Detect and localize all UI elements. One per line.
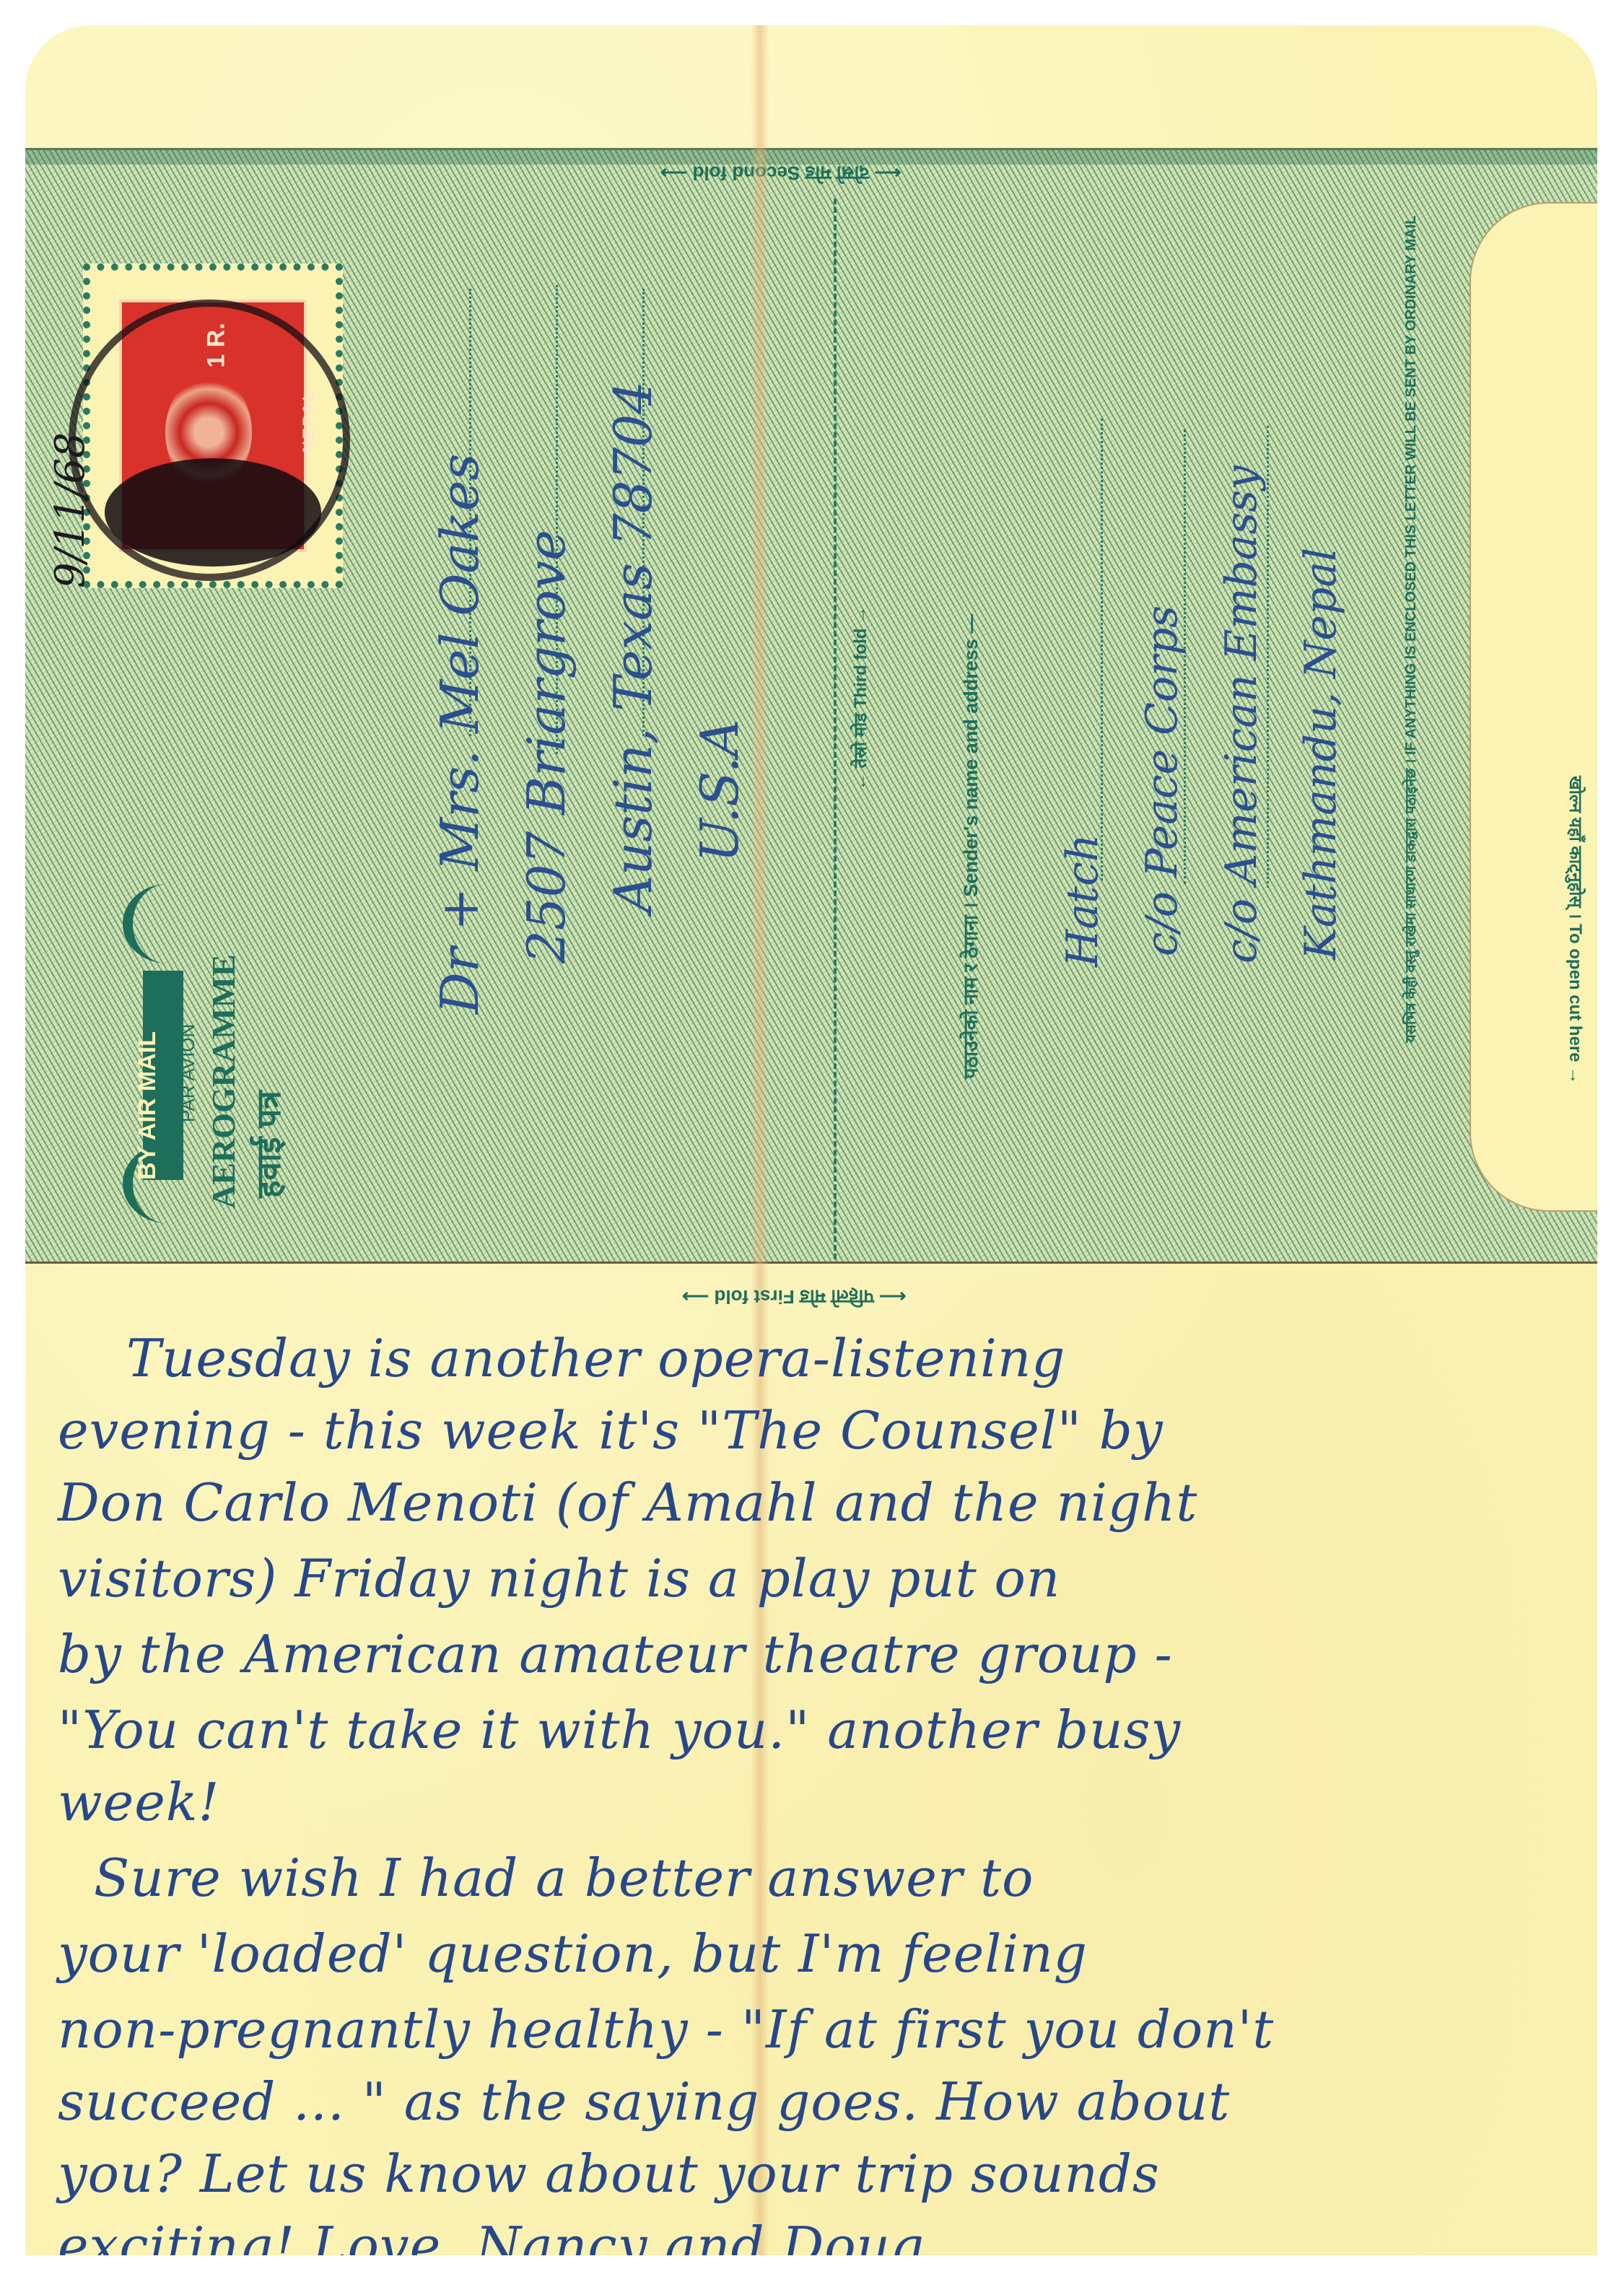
letter-line: you? Let us know about your trip sounds [58,2143,1160,2204]
recipient-country: U.S.A [689,719,750,862]
aerogramme-title-nepali: हवाई पत्र [245,1090,290,1198]
sender-name: Hatch [1057,834,1108,967]
second-fold-label: ⟵ दोस्रो मोड Second fold ⟶ [660,161,902,187]
arrow-right-icon: ⟶ [660,162,693,184]
arrow-right-icon: ⟶ [682,1286,715,1308]
arrow-left-icon: ← [851,768,870,790]
wing-icon [123,884,212,963]
aerogramme-sheet: ⟵ दोस्रो मोड Second fold ⟶ ← तेस्रो मोड … [25,25,1597,2255]
letter-line: non-pregnantly healthy - "If at first yo… [58,1999,1274,2060]
third-fold-text: तेस्रो मोड Third fold [851,629,870,769]
letter-line: "You can't take it with you." another bu… [58,1700,1181,1760]
letter-line: succeed ... " as the saying goes. How ab… [58,2071,1230,2132]
postmark-ink [105,458,321,567]
letter-line: Sure wish I had a better answer to [94,1848,1034,1908]
airmail-label: BY AIR MAIL [134,1031,162,1180]
letter-line: evening - this week it's "The Counsel" b… [58,1400,1164,1461]
par-avion-label: PAR AVION [177,1024,199,1122]
sender-org: c/o Peace Corps [1137,606,1187,956]
first-fold-text: पहिलो मोड First fold [715,1286,875,1308]
arrow-left-icon: ⟵ [869,162,902,184]
second-fold-text: दोस्रो मोड Second fold [693,162,870,184]
letter-line: week! [58,1772,219,1832]
recipient-street: 2507 Briargrove [516,530,577,963]
third-fold-label: ← तेस्रो मोड Third fold → [848,606,872,790]
recipient-name: Dr + Mrs. Mel Oakes [429,454,490,1015]
letter-line: Don Carlo Menoti (of Amahl and the night [58,1472,1197,1533]
sender-embassy: c/o American Embassy [1216,465,1267,963]
arrow-right-icon: → [851,606,870,629]
first-fold-label: ⟵ पहिलो मोड First fold ⟶ [682,1285,907,1311]
recipient-city: Austin, Texas 78704 [603,381,663,913]
aerogramme-title: AEROGRAMME [204,954,243,1209]
sender-rule [1267,426,1269,888]
sender-label: पठाउनेको नाम र ठेगाना । Sender's name an… [956,614,983,1079]
open-cut-instruction: खोल्न यहाँ काट्नुहोस् । To open cut here… [1564,776,1588,1084]
handwritten-date: 9/11/68 [47,432,94,588]
letter-line: visitors) Friday night is a play put on [58,1548,1060,1609]
letter-line: your 'loaded' question, but I'm feeling [58,1923,1088,1984]
sender-rule [1101,419,1103,880]
postage-stamp: 1 R. NEPAL [83,263,343,588]
arrow-left-icon: ⟵ [874,1286,907,1308]
letter-signoff: exciting! Love, Nancy and Doug [58,2216,925,2255]
enclosure-notice: यसभित्र केही वस्तु राखेमा साधारण डाकद्वा… [1400,216,1420,1043]
letter-line: by the American amateur theatre group - [58,1624,1173,1684]
third-fold-line [834,198,837,1259]
sender-city: Kathmandu, Nepal [1296,548,1346,960]
letter-line: Tuesday is another opera-listening [126,1328,1065,1389]
center-fold-crease [751,25,769,2255]
